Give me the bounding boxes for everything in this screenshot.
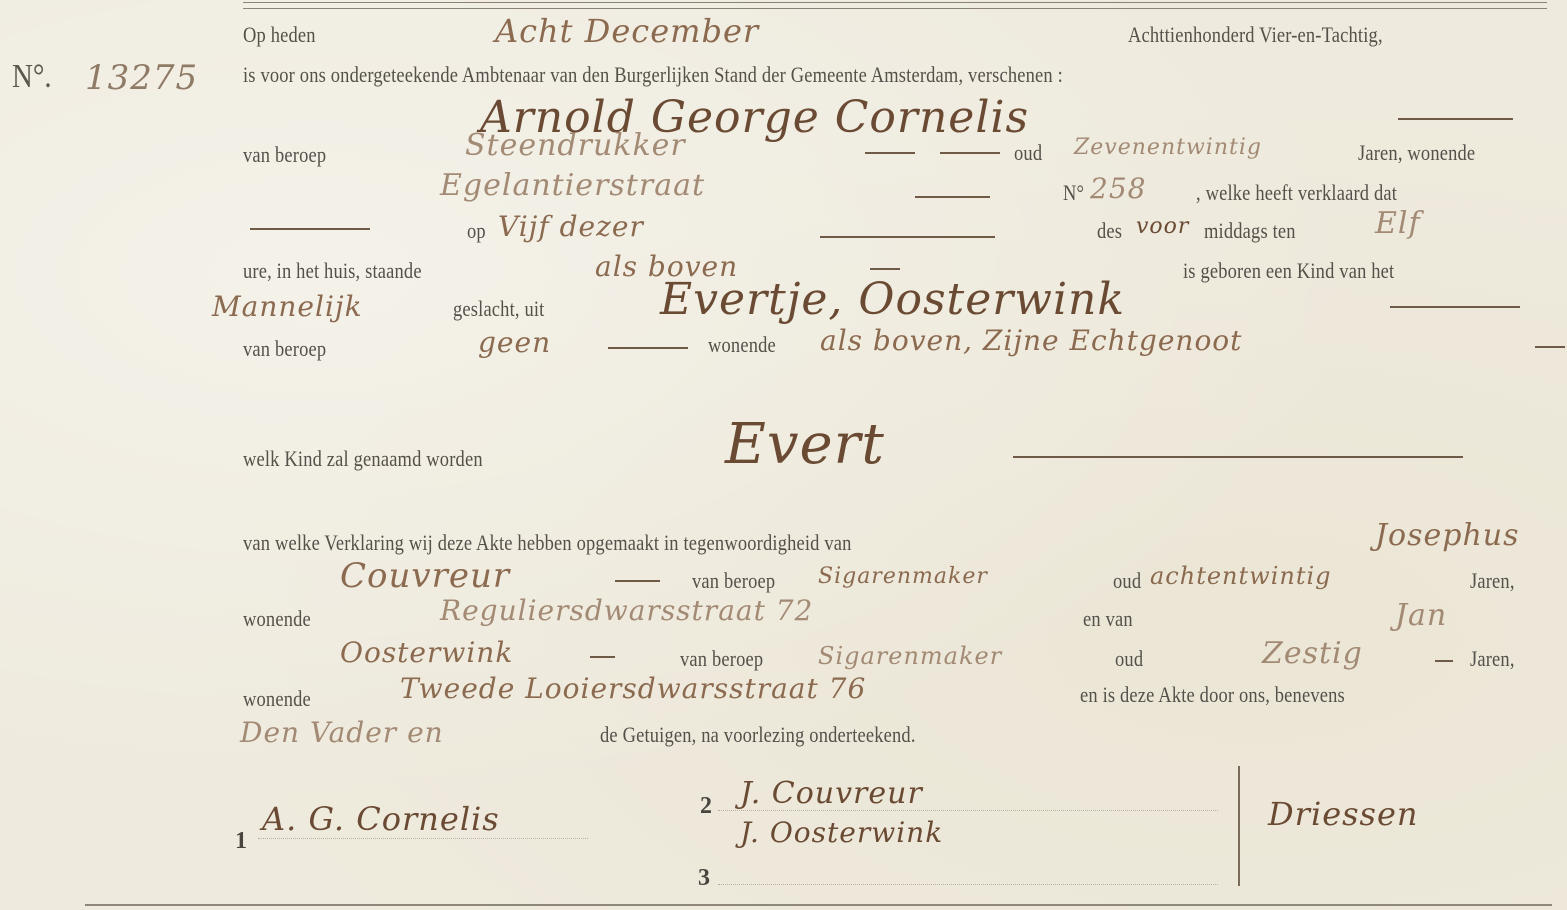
- handwritten-house-number: 258: [1090, 172, 1146, 205]
- handwritten-age: Zevenentwintig: [1074, 135, 1262, 160]
- handwritten-witness2-address: Tweede Looiersdwarsstraat 76: [400, 672, 866, 705]
- handwritten-hour: Elf: [1375, 206, 1421, 241]
- handwritten-witness2-age: Zestig: [1262, 636, 1363, 671]
- form-text: van welke Verklaring wij deze Akte hebbe…: [243, 530, 852, 556]
- handwritten-date: Acht December: [495, 12, 759, 50]
- form-text: en is deze Akte door ons, benevens: [1080, 682, 1345, 708]
- signature-witness-1: J. Couvreur: [740, 776, 923, 811]
- handwritten-mother-name: Evertje, Oosterwink: [660, 274, 1125, 325]
- handwritten-time-of-day: voor: [1136, 214, 1189, 239]
- register-number: 13275: [85, 58, 198, 98]
- form-text: wonende: [243, 686, 311, 712]
- form-text: oud: [1115, 646, 1143, 672]
- form-text: oud: [1113, 568, 1141, 594]
- form-text: de Getuigen, na voorlezing onderteekend.: [600, 722, 916, 748]
- form-text: op: [467, 218, 486, 244]
- handwritten-sex: Mannelijk: [212, 290, 363, 323]
- form-text: Jaren, wonende: [1358, 140, 1475, 166]
- handwritten-witness1-surname: Couvreur: [340, 556, 510, 596]
- filler-dash: [865, 152, 915, 154]
- filler-dash: [608, 347, 688, 349]
- handwritten-witness1-first-name: Josephus: [1375, 518, 1519, 553]
- top-rule: [243, 2, 1547, 3]
- form-text: oud: [1014, 140, 1042, 166]
- form-text: des: [1097, 218, 1122, 244]
- handwritten-signers-note: Den Vader en: [240, 716, 444, 749]
- form-text: geslacht, uit: [453, 296, 544, 322]
- signature-witness-2: J. Oosterwink: [740, 816, 943, 849]
- signature-line-3: [718, 884, 1218, 885]
- handwritten-witness1-occupation: Sigarenmaker: [818, 564, 988, 589]
- handwritten-witness2-occupation: Sigarenmaker: [818, 642, 1002, 670]
- form-text: van beroep: [243, 142, 326, 168]
- bottom-rule: [85, 904, 1552, 906]
- handwritten-child-name: Evert: [725, 412, 885, 477]
- filler-dash: [1535, 346, 1565, 348]
- handwritten-birth-day: Vijf dezer: [498, 210, 644, 243]
- filler-dash: [915, 196, 990, 198]
- filler-dash: [1013, 456, 1463, 458]
- form-text: Jaren,: [1470, 646, 1515, 672]
- form-text: middags ten: [1204, 218, 1296, 244]
- handwritten-mother-occupation: geen: [478, 326, 551, 359]
- handwritten-witness2-surname: Oosterwink: [340, 636, 513, 669]
- form-text: van beroep: [680, 646, 763, 672]
- filler-dash: [940, 152, 1000, 154]
- signature-line-2: [718, 810, 1218, 811]
- signature-brace: [1238, 766, 1240, 886]
- handwritten-witness1-address: Reguliersdwarsstraat 72: [440, 594, 813, 627]
- form-text: Achttienhonderd Vier-en-Tachtig,: [1128, 22, 1383, 48]
- form-text: en van: [1083, 606, 1133, 632]
- filler-dash: [1398, 118, 1513, 120]
- register-number-label: N°.: [12, 58, 52, 96]
- signature-number-2: 2: [700, 793, 712, 820]
- filler-dash: [615, 580, 660, 582]
- form-text: wonende: [243, 606, 311, 632]
- form-text: is voor ons ondergeteekende Ambtenaar va…: [243, 62, 1063, 88]
- filler-dash: [590, 656, 615, 658]
- handwritten-witness2-first-name: Jan: [1395, 598, 1447, 633]
- form-text: , welke heeft verklaard dat: [1196, 180, 1397, 206]
- form-text: is geboren een Kind van het: [1183, 258, 1394, 284]
- filler-dash: [1390, 306, 1520, 308]
- form-text: welk Kind zal genaamd worden: [243, 446, 483, 472]
- top-rule: [243, 8, 1547, 9]
- form-text: Jaren,: [1470, 568, 1515, 594]
- signature-declarant: A. G. Cornelis: [262, 800, 500, 838]
- signature-registrar: Driessen: [1268, 795, 1419, 833]
- filler-dash: [870, 268, 900, 270]
- form-text: van beroep: [243, 336, 326, 362]
- form-text: ure, in het huis, staande: [243, 258, 422, 284]
- form-text: Op heden: [243, 22, 316, 48]
- filler-dash: [820, 236, 995, 238]
- signature-number-3: 3: [698, 865, 710, 892]
- filler-dash: [1435, 660, 1453, 662]
- handwritten-mother-residence: als boven, Zijne Echtgenoot: [820, 324, 1242, 357]
- handwritten-witness1-age: achtentwintig: [1150, 562, 1332, 590]
- handwritten-street: Egelantierstraat: [440, 168, 705, 203]
- form-text: wonende: [708, 332, 776, 358]
- filler-dash: [250, 228, 370, 230]
- form-text: van beroep: [692, 568, 775, 594]
- signature-line-1: [258, 838, 588, 839]
- signature-number-1: 1: [235, 828, 247, 855]
- form-text: N°: [1063, 180, 1084, 206]
- handwritten-occupation: Steendrukker: [465, 128, 686, 163]
- document-page: N°. 13275 Op heden Acht December Achttie…: [0, 0, 1567, 910]
